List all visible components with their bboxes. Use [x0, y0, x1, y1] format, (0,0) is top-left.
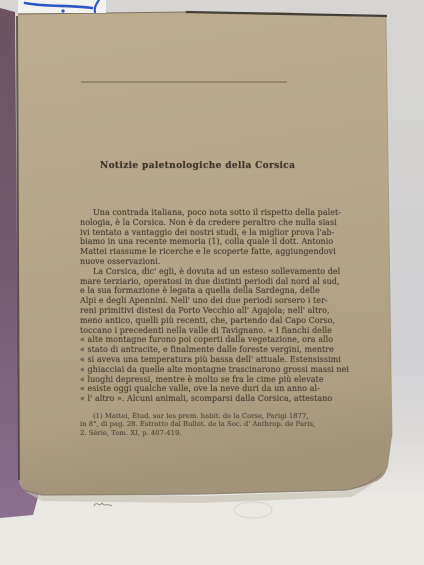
body-line: « stato di antracite, e finalmente dalle… — [80, 345, 372, 355]
page-title: Notizie paletnologiche della Corsica — [100, 161, 295, 171]
footnote: (1) Mattei, Étud. sur les prem. habit. d… — [80, 412, 370, 437]
body-line: Alpi e degli Apennini. Nell' uno dei due… — [80, 296, 372, 306]
body-line: Una contrada italiana, poco nota sotto i… — [80, 208, 372, 218]
body-line: mare terziario, operatosi in due distint… — [80, 277, 372, 287]
footnote-line: 2. Série, Tom. XI, p. 407-419. — [80, 429, 370, 437]
body-line: nuove osservazioni. — [80, 257, 372, 267]
body-text: Una contrada italiana, poco nota sotto i… — [80, 208, 372, 404]
body-line: « l' altro ». Alcuni animali, scomparsi … — [80, 394, 372, 404]
body-line: La Corsica, dic' egli, è dovuta ad un es… — [80, 267, 372, 277]
body-line: nologia, è la Corsica. Non è da credere … — [80, 218, 372, 228]
body-line: « si aveva una temperatura più bassa del… — [80, 355, 372, 365]
body-line: « alte montagne furono poi coperti dalla… — [80, 335, 372, 345]
body-line: reni primitivi distesi da Porto Vecchio … — [80, 306, 372, 316]
body-line: e la sua formazione è legata a quella de… — [80, 286, 372, 296]
body-line: biamo in una recente memoria (1), colla … — [80, 237, 372, 247]
body-line: toccano i precedenti nella valle di Tavi… — [80, 326, 372, 336]
body-line: Mattei riassume le ricerche e le scopert… — [80, 247, 372, 257]
page-text-layer: Notizie paletnologiche della Corsica Una… — [0, 0, 424, 565]
body-line: ivi tentato a vantaggio dei nostri studi… — [80, 228, 372, 238]
body-line: « luoghi depressi, mentre è molto se fra… — [80, 375, 372, 385]
body-line: « ghiacciai da quelle alte montagne tras… — [80, 365, 372, 375]
photo-backdrop: Notizie paletnologiche della Corsica Una… — [0, 0, 424, 565]
body-line: « esiste oggi qualche valle, ove la neve… — [80, 384, 372, 394]
body-line: meno antico, quelli più recenti, che, pa… — [80, 316, 372, 326]
footnote-line: in 8°, di pag. 28. Estratto dal Bullet. … — [80, 420, 370, 428]
